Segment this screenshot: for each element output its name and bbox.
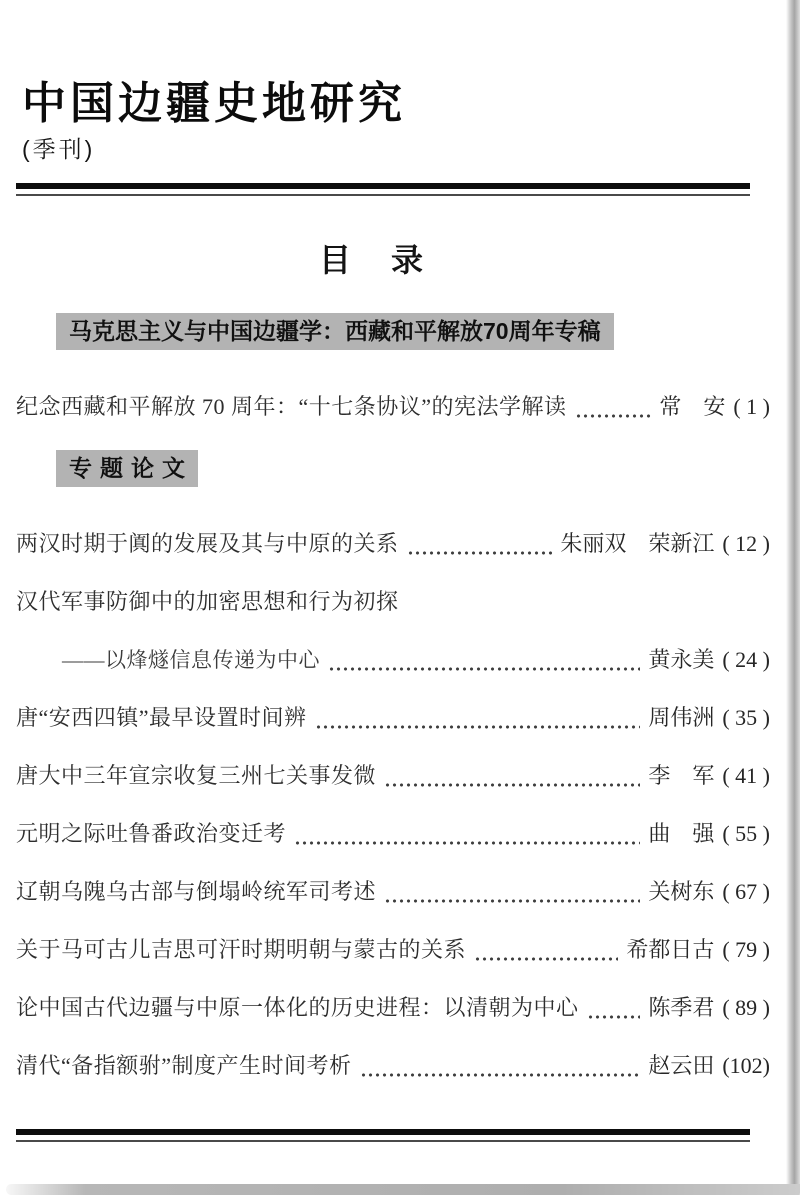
- entry-title: 元明之际吐鲁番政治变迁考: [16, 819, 286, 849]
- entry-page-number: ( 24 ): [722, 645, 770, 675]
- entry-authors: 关树东: [648, 877, 714, 907]
- entry-title: 两汉时期于阗的发展及其与中原的关系: [16, 529, 399, 559]
- entry-page-number: ( 1 ): [733, 392, 770, 422]
- entry-title: 辽朝乌隗乌古部与倒塌岭统军司考述: [16, 877, 376, 907]
- dot-leader: [360, 1051, 641, 1081]
- dot-leader: [575, 392, 652, 422]
- toc-section: 专题论文两汉时期于阗的发展及其与中原的关系朱丽双 荣新江( 12 )汉代军事防御…: [16, 450, 770, 1081]
- rule-thick: [16, 183, 750, 189]
- entry-title: 纪念西藏和平解放 70 周年：“十七条协议”的宪法学解读: [16, 392, 567, 422]
- toc-entry: 清代“备指额驸”制度产生时间考析赵云田(102): [16, 1051, 770, 1081]
- journal-toc-page: 中国边疆史地研究 (季刊) 目 录 马克思主义与中国边疆学：西藏和平解放70周年…: [0, 0, 800, 1195]
- entry-page-number: ( 89 ): [722, 993, 770, 1023]
- masthead-double-rule: [16, 183, 750, 196]
- toc-entry: 关于马可古儿吉思可汗时期明朝与蒙古的关系希都日古( 79 ): [16, 935, 770, 965]
- toc-section: 马克思主义与中国边疆学：西藏和平解放70周年专稿纪念西藏和平解放 70 周年：“…: [16, 313, 770, 422]
- entry-page-number: (102): [722, 1051, 770, 1081]
- entry-authors: 李 军: [648, 761, 714, 791]
- entry-title: 清代“备指额驸”制度产生时间考析: [16, 1051, 352, 1081]
- entry-page-number: ( 35 ): [722, 703, 770, 733]
- entry-page-number: ( 55 ): [722, 819, 770, 849]
- page-edge-shadow-bottom: [6, 1184, 800, 1195]
- toc-entry: 汉代军事防御中的加密思想和行为初探: [16, 587, 770, 617]
- toc-entry: ——以烽燧信息传递为中心黄永美( 24 ): [16, 645, 770, 675]
- entry-authors: 曲 强: [648, 819, 714, 849]
- toc-sections: 马克思主义与中国边疆学：西藏和平解放70周年专稿纪念西藏和平解放 70 周年：“…: [16, 313, 770, 1081]
- toc-entry: 两汉时期于阗的发展及其与中原的关系朱丽双 荣新江( 12 ): [16, 529, 770, 559]
- dot-leader: [474, 935, 618, 965]
- dot-leader: [315, 703, 641, 733]
- entry-title: 唐“安西四镇”最早设置时间辨: [16, 703, 307, 733]
- entry-authors: 赵云田: [648, 1051, 714, 1081]
- rule-thin: [16, 1140, 750, 1142]
- entry-title: 论中国古代边疆与中原一体化的历史进程：以清朝为中心: [16, 993, 579, 1023]
- entry-title: 汉代军事防御中的加密思想和行为初探: [16, 587, 399, 617]
- entry-page-number: ( 12 ): [722, 529, 770, 559]
- entry-page-number: ( 67 ): [722, 877, 770, 907]
- dot-leader: [587, 993, 641, 1023]
- dot-leader: [384, 761, 640, 791]
- entry-authors: 黄永美: [648, 645, 714, 675]
- entry-page-number: ( 79 ): [722, 935, 770, 965]
- toc-entry: 元明之际吐鲁番政治变迁考曲 强( 55 ): [16, 819, 770, 849]
- footer-double-rule: [16, 1129, 750, 1142]
- toc-entry: 纪念西藏和平解放 70 周年：“十七条协议”的宪法学解读常 安( 1 ): [16, 392, 770, 422]
- entry-authors: 常 安: [659, 392, 725, 422]
- section-header: 马克思主义与中国边疆学：西藏和平解放70周年专稿: [56, 313, 614, 350]
- entry-authors: 希都日古: [626, 935, 714, 965]
- journal-subtitle: (季刊): [22, 136, 770, 162]
- rule-thin: [16, 194, 750, 196]
- page-content: 中国边疆史地研究 (季刊) 目 录 马克思主义与中国边疆学：西藏和平解放70周年…: [0, 0, 800, 1142]
- toc-entry: 唐“安西四镇”最早设置时间辨周伟洲( 35 ): [16, 703, 770, 733]
- section-entries: 纪念西藏和平解放 70 周年：“十七条协议”的宪法学解读常 安( 1 ): [16, 392, 770, 422]
- entry-authors: 周伟洲: [648, 703, 714, 733]
- section-entries: 两汉时期于阗的发展及其与中原的关系朱丽双 荣新江( 12 )汉代军事防御中的加密…: [16, 529, 770, 1081]
- entry-title: 唐大中三年宣宗收复三州七关事发微: [16, 761, 376, 791]
- entry-title: ——以烽燧信息传递为中心: [62, 645, 320, 675]
- dot-leader: [407, 529, 553, 559]
- page-edge-shadow-right: [786, 0, 800, 1195]
- entry-title: 关于马可古儿吉思可汗时期明朝与蒙古的关系: [16, 935, 466, 965]
- toc-heading: 目 录: [16, 243, 730, 277]
- toc-entry: 论中国古代边疆与中原一体化的历史进程：以清朝为中心陈季君( 89 ): [16, 993, 770, 1023]
- toc-entry: 辽朝乌隗乌古部与倒塌岭统军司考述关树东( 67 ): [16, 877, 770, 907]
- entry-page-number: ( 41 ): [722, 761, 770, 791]
- masthead: 中国边疆史地研究 (季刊): [16, 80, 770, 162]
- dot-leader: [328, 645, 640, 675]
- journal-title: 中国边疆史地研究: [22, 80, 770, 127]
- toc-entry: 唐大中三年宣宗收复三州七关事发微李 军( 41 ): [16, 761, 770, 791]
- dot-leader: [384, 877, 640, 907]
- dot-leader: [294, 819, 640, 849]
- rule-thick: [16, 1129, 750, 1135]
- section-header: 专题论文: [56, 450, 198, 487]
- entry-authors: 朱丽双 荣新江: [560, 529, 714, 559]
- entry-authors: 陈季君: [648, 993, 714, 1023]
